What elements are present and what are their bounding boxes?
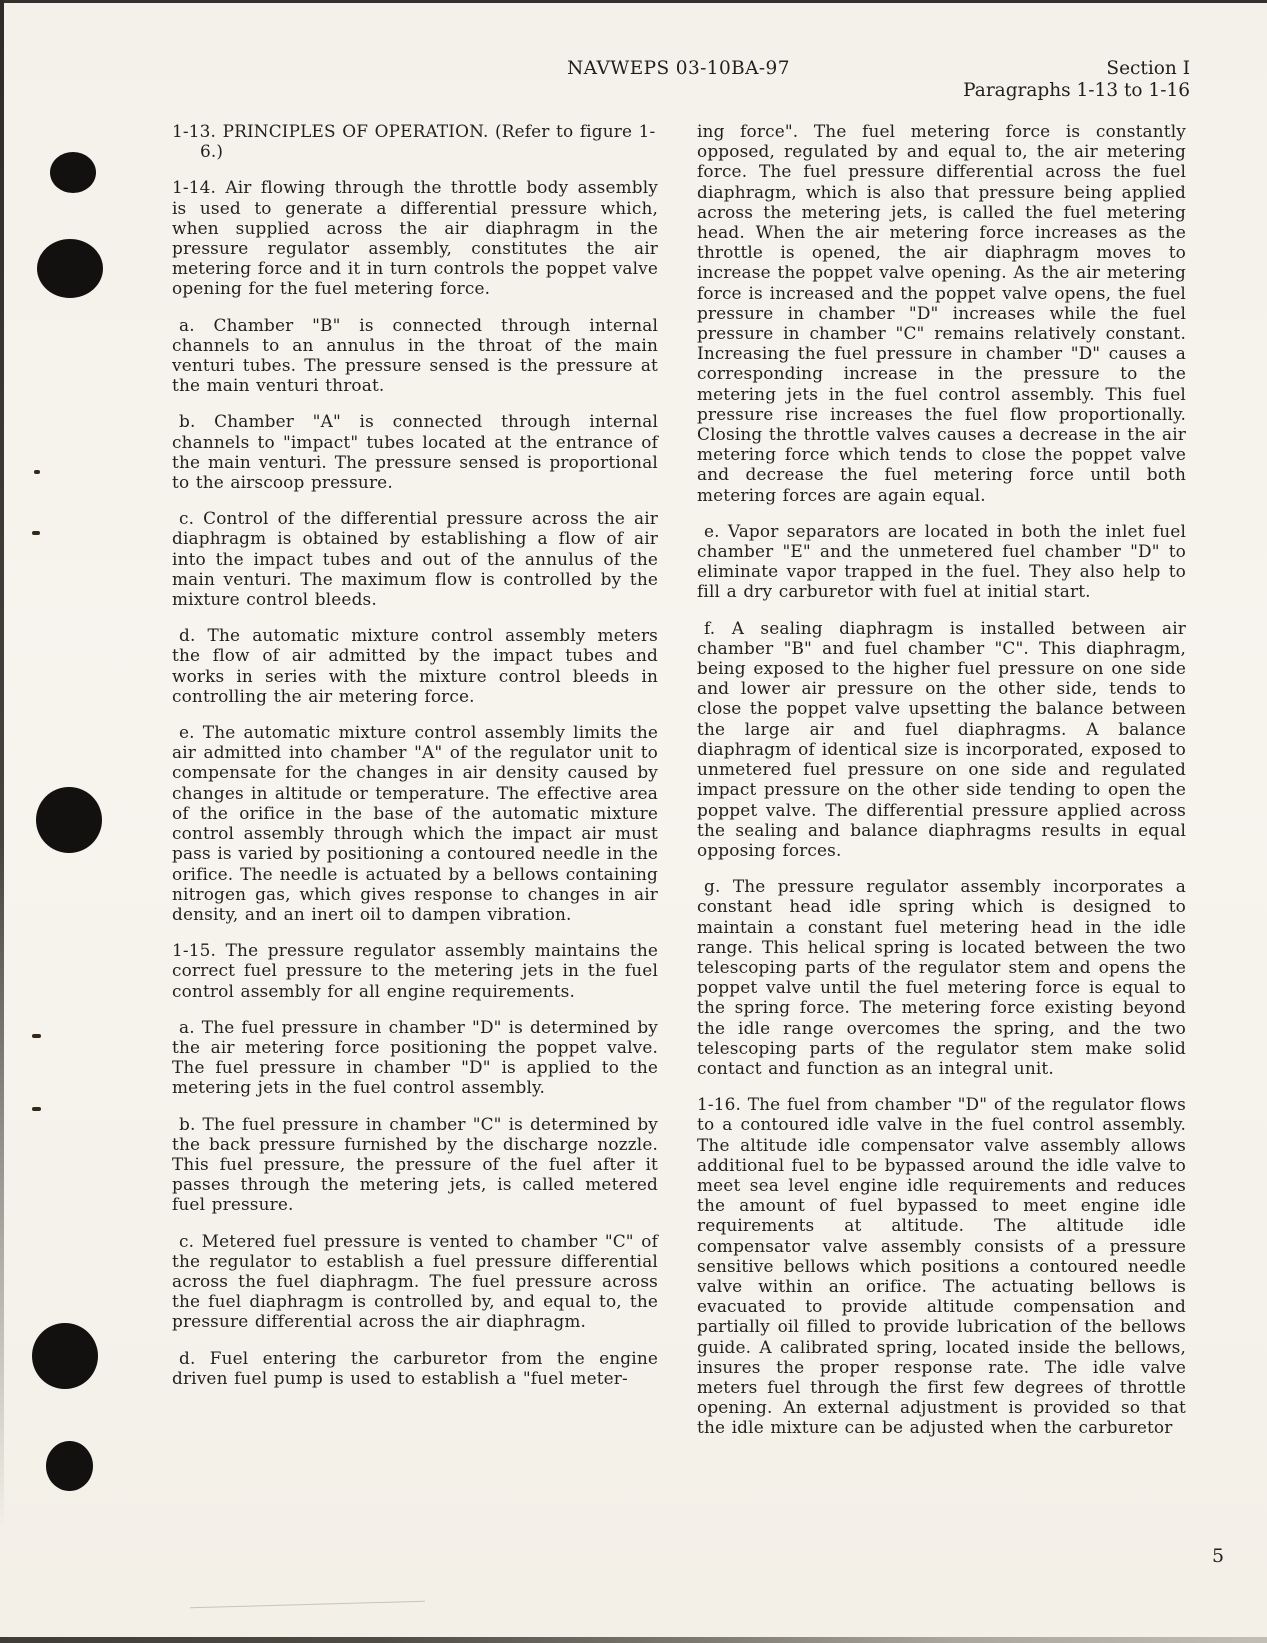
scan-bottom-edge: [0, 1637, 1267, 1643]
paragraph: ing force". The fuel metering force is c…: [697, 121, 1186, 505]
ink-speck: [32, 1107, 41, 1111]
binder-hole-ink-dot: [32, 1323, 98, 1389]
scanned-manual-page: NAVWEPS 03-10BA-97 Section I Paragraphs …: [0, 0, 1267, 1643]
ink-speck: [34, 470, 40, 474]
paragraph: e. The automatic mixture control assembl…: [172, 722, 658, 924]
paragraph: c. Control of the differential pressure …: [172, 508, 658, 609]
paragraph: d. Fuel entering the carburetor from the…: [172, 1348, 658, 1388]
paragraph: g. The pressure regulator assembly incor…: [697, 876, 1186, 1078]
binder-hole-ink-dot: [46, 1441, 93, 1491]
binder-hole-ink-dot: [37, 239, 103, 298]
page-number: 5: [1212, 1545, 1224, 1567]
scan-top-edge: [0, 0, 1267, 3]
ink-speck: [32, 531, 40, 535]
left-text-column: 1-13. PRINCIPLES OF OPERATION. (Refer to…: [172, 121, 658, 1388]
ink-speck: [32, 1034, 41, 1038]
paragraph: b. Chamber "A" is connected through inte…: [172, 411, 658, 492]
paragraph-range-label: Paragraphs 1-13 to 1-16: [963, 80, 1190, 102]
paragraph: 1-14. Air flowing through the throttle b…: [172, 177, 658, 298]
paragraph: c. Metered fuel pressure is vented to ch…: [172, 1231, 658, 1332]
paragraph: b. The fuel pressure in chamber "C" is d…: [172, 1114, 658, 1215]
paragraph: 1-16. The fuel from chamber "D" of the r…: [697, 1094, 1186, 1437]
paragraph: 1-13. PRINCIPLES OF OPERATION. (Refer to…: [172, 121, 658, 161]
section-label: Section I: [963, 58, 1190, 80]
paragraph: a. Chamber "B" is connected through inte…: [172, 315, 658, 396]
binder-hole-ink-dot: [50, 152, 96, 193]
paragraph: f. A sealing diaphragm is installed betw…: [697, 618, 1186, 860]
right-text-column: ing force". The fuel metering force is c…: [697, 121, 1186, 1438]
paragraph: a. The fuel pressure in chamber "D" is d…: [172, 1017, 658, 1098]
paragraph: 1-15. The pressure regulator assembly ma…: [172, 940, 658, 1001]
paragraph: e. Vapor separators are located in both …: [697, 521, 1186, 602]
scan-left-edge: [0, 0, 4, 1530]
paragraph: d. The automatic mixture control assembl…: [172, 625, 658, 706]
scan-scratch-mark: [190, 1601, 425, 1609]
binder-hole-ink-dot: [36, 787, 102, 853]
header-right-block: Section I Paragraphs 1-13 to 1-16: [963, 58, 1190, 102]
